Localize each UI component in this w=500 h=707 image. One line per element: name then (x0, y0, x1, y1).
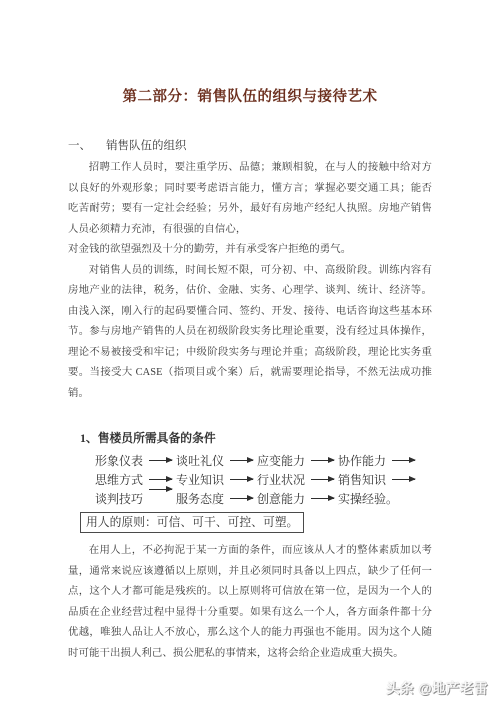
flow-row-1: 形象仪表 谈吐礼仪 应变能力 协作能力 (95, 451, 432, 470)
arrow-right-icon (230, 479, 253, 480)
flow-row-2: 思维方式 专业知识 行业状况 销售知识 (95, 470, 432, 489)
flow-item: 行业状况 (257, 471, 305, 488)
paragraph-money-desire: 对金钱的欲望强烈及十分的勤劳，并有承受客户拒绝的勇气。 (68, 240, 432, 261)
flow-item: 专业知识 (176, 471, 224, 488)
section-number: 一、 (68, 138, 91, 154)
document-content: 第二部分：销售队伍的组织与接待艺术 一、销售队伍的组织 招聘工作人员时，要注重学… (68, 0, 432, 664)
arrow-right-icon (392, 460, 415, 461)
flow-item: 形象仪表 (95, 452, 143, 469)
paragraph-training: 对销售人员的训练，时间长短不限，可分初、中、高级阶段。训练内容有房地产业的法律，… (68, 261, 432, 405)
arrow-right-icon (149, 489, 172, 490)
flow-item: 思维方式 (95, 471, 143, 488)
flow-item: 谈吐礼仪 (176, 452, 224, 469)
arrow-right-icon (311, 479, 334, 480)
flow-item: 谈判技巧 (95, 490, 143, 507)
flow-item: 实操经验。 (338, 490, 398, 507)
flow-item: 销售知识 (338, 471, 386, 488)
flow-row-3: 谈判技巧 服务态度 创意能力 实操经验。 (95, 489, 432, 508)
toutiao-watermark: 头条 @地产老雷 (386, 677, 488, 697)
page-title: 第二部分：销售队伍的组织与接待艺术 (68, 86, 432, 108)
arrow-right-icon (311, 498, 334, 499)
arrow-right-icon (311, 460, 334, 461)
section-heading: 一、销售队伍的组织 (68, 138, 432, 154)
arrow-right-icon (149, 479, 172, 480)
arrow-right-icon (392, 479, 415, 480)
flow-item: 协作能力 (338, 452, 386, 469)
subsection-heading: 1、售楼员所需具备的条件 (80, 430, 432, 446)
flow-item: 应变能力 (257, 452, 305, 469)
qualities-flow-diagram: 形象仪表 谈吐礼仪 应变能力 协作能力 思维方式 专业知识 行业状况 销售知识 (95, 451, 432, 508)
flow-item: 服务态度 (176, 490, 224, 507)
section-heading-label: 销售队伍的组织 (106, 140, 187, 152)
document-page: 第二部分：销售队伍的组织与接待艺术 一、销售队伍的组织 招聘工作人员时，要注重学… (0, 0, 500, 707)
arrow-right-icon (230, 498, 253, 499)
arrow-right-icon (230, 460, 253, 461)
hiring-principle-box: 用人的原则：可信、可干、可控、可塑。 (80, 512, 304, 533)
flow-item: 创意能力 (257, 490, 305, 507)
paragraph-hiring-discussion: 在用人上，不必拘泥于某一方面的条件，而应该从人才的整体素质加以考量，通常来说应该… (68, 541, 432, 664)
paragraph-recruiting: 招聘工作人员时，要注重学历、品德；兼顾相貌，在与人的接触中给对方以良好的外观形象… (68, 158, 432, 240)
arrow-right-icon (149, 460, 172, 461)
